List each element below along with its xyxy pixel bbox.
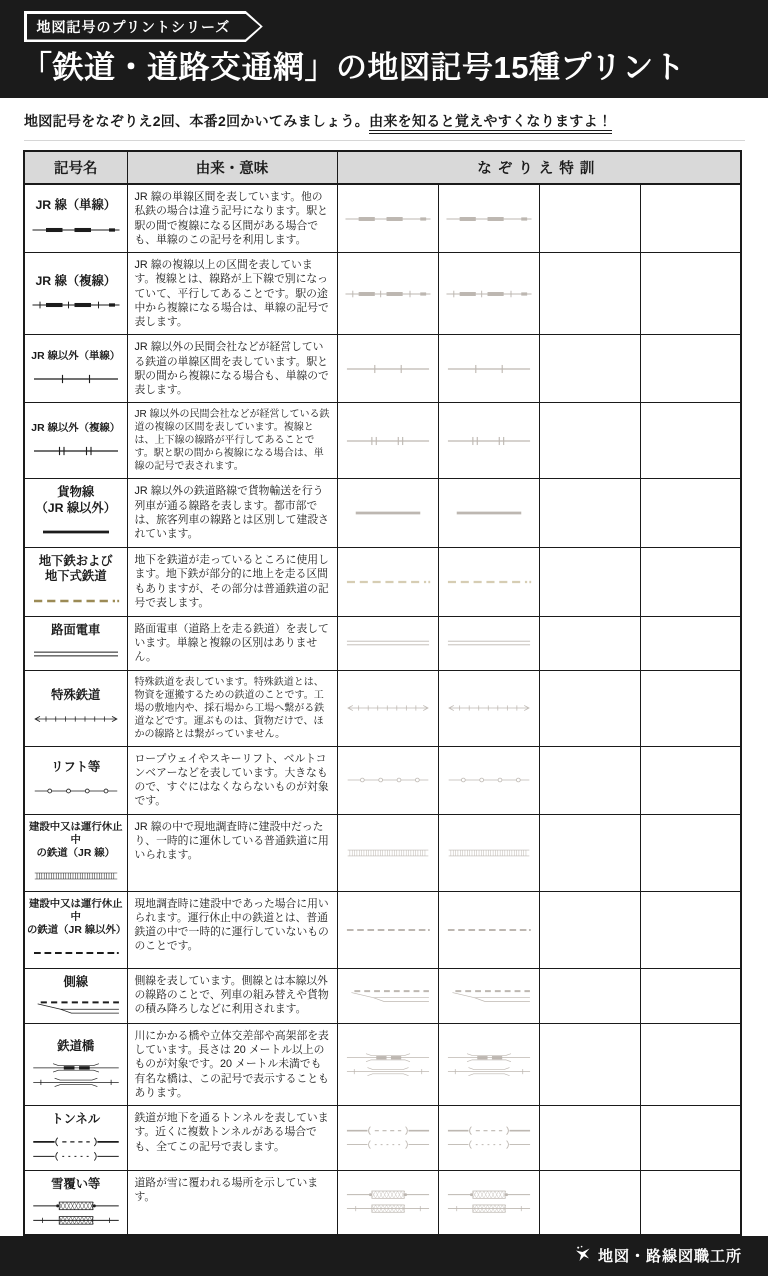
symbol-name: トンネル bbox=[27, 1112, 125, 1127]
practice-cell-blank bbox=[640, 253, 741, 335]
practice-cell-traced bbox=[438, 616, 539, 670]
table-row: リフト等ロープウェイやスキーリフト、ベルトコンベアーなどを表しています。大きなも… bbox=[24, 746, 741, 814]
practice-cell-traced bbox=[337, 670, 438, 746]
siding-trace-icon bbox=[340, 986, 436, 1005]
symbol-description: ロープウェイやスキーリフト、ベルトコンベアーなどを表しています。大きなもので、す… bbox=[127, 746, 337, 814]
practice-cell-traced bbox=[337, 253, 438, 335]
instruction-line: 地図記号をなぞりえ2回、本番2回かいてみましょう。由来を知ると覚えやすくなります… bbox=[24, 111, 745, 141]
table-row: 建設中又は運行休止中 の鉄道（JR 線以外）現地調査時に建設中であった場合に用い… bbox=[24, 891, 741, 968]
subway-trace-icon bbox=[340, 573, 436, 591]
symbol-name: JR 線以外（単線） bbox=[27, 350, 125, 363]
practice-cell-blank bbox=[539, 746, 640, 814]
table-row: トンネル鉄道が地下を通るトンネルを表しています。近くに複数トンネルがある場合でも… bbox=[24, 1106, 741, 1170]
practice-cell-traced bbox=[438, 335, 539, 403]
special-symbol-icon bbox=[27, 710, 125, 728]
symbol-description: JR 線の単線区間を表しています。他の私鉄の場合は違う記号になります。駅と駅の間… bbox=[127, 184, 337, 253]
private-double-trace-icon bbox=[340, 432, 436, 450]
practice-cell-traced bbox=[438, 253, 539, 335]
symbol-name: 鉄道橋 bbox=[27, 1039, 125, 1054]
table-row: JR 線（単線）JR 線の単線区間を表しています。他の私鉄の場合は違う記号になり… bbox=[24, 184, 741, 253]
practice-cell-blank bbox=[539, 814, 640, 891]
tunnel-symbol-icon bbox=[27, 1135, 125, 1164]
practice-cell-traced bbox=[438, 403, 539, 479]
practice-cell-traced bbox=[337, 616, 438, 670]
practice-cell-blank bbox=[539, 670, 640, 746]
snowshed-symbol-icon bbox=[27, 1199, 125, 1228]
brand-logo-icon bbox=[574, 1245, 591, 1267]
snowshed-trace-icon bbox=[441, 1188, 537, 1216]
symbol-name-cell: 鉄道橋 bbox=[24, 1023, 127, 1105]
practice-cell-blank bbox=[640, 1170, 741, 1235]
jr-double-symbol-icon bbox=[27, 296, 125, 314]
symbol-name-cell: 貨物線 （JR 線以外） bbox=[24, 479, 127, 548]
private-single-trace-icon bbox=[441, 360, 537, 378]
practice-cell-blank bbox=[539, 891, 640, 968]
footer-band: 地図・路線図職工所 bbox=[0, 1236, 768, 1276]
private-single-symbol-icon bbox=[27, 370, 125, 388]
practice-cell-traced bbox=[337, 184, 438, 253]
bridge-symbol-icon bbox=[27, 1061, 125, 1090]
practice-cell-traced bbox=[438, 814, 539, 891]
series-badge-label: 地図記号のプリントシリーズ bbox=[27, 14, 261, 40]
construction-private-trace-icon bbox=[340, 921, 436, 939]
tram-symbol-icon bbox=[27, 645, 125, 663]
header-band: 地図記号のプリントシリーズ 「鉄道・道路交通網」の地図記号15種プリント bbox=[0, 0, 768, 98]
construction-private-symbol-icon bbox=[27, 944, 125, 962]
symbol-name-cell: 側線 bbox=[24, 968, 127, 1023]
private-double-symbol-icon bbox=[27, 442, 125, 460]
freight-trace-icon bbox=[340, 504, 436, 522]
symbol-description: 川にかかる橋や立体交差部や高架部を表しています。長さは 20 メートル以上のもの… bbox=[127, 1023, 337, 1105]
symbol-description: JR 線の中で現地調査時に建設中だったり、一時的に運休している普通鉄道に用いられ… bbox=[127, 814, 337, 891]
symbol-description: 特殊鉄道を表しています。特殊鉄道とは、物資を運搬するための鉄道のことです。工場の… bbox=[127, 670, 337, 746]
practice-cell-blank bbox=[640, 335, 741, 403]
practice-cell-traced bbox=[438, 479, 539, 548]
practice-cell-traced bbox=[337, 335, 438, 403]
table-row: 貨物線 （JR 線以外）JR 線以外の鉄道路線で貨物輸送を行う列車が通る線路を表… bbox=[24, 479, 741, 548]
table-header-row: 記号名 由来・意味 なぞりえ特訓 bbox=[24, 151, 741, 184]
symbol-name-cell: JR 線以外（単線） bbox=[24, 335, 127, 403]
symbol-name-cell: 雪覆い等 bbox=[24, 1170, 127, 1235]
special-trace-icon bbox=[340, 699, 436, 717]
practice-cell-traced bbox=[337, 746, 438, 814]
practice-cell-traced bbox=[337, 479, 438, 548]
practice-cell-blank bbox=[640, 403, 741, 479]
symbol-name-cell: 路面電車 bbox=[24, 616, 127, 670]
symbol-description: JR 線の複線以上の区間を表しています。複線とは、線路が上下線で別になっていて、… bbox=[127, 253, 337, 335]
tram-trace-icon bbox=[441, 634, 537, 652]
construction-jr-symbol-icon bbox=[27, 867, 125, 885]
col-header-meaning: 由来・意味 bbox=[127, 151, 337, 184]
practice-cell-blank bbox=[539, 1106, 640, 1170]
practice-cell-traced bbox=[337, 1106, 438, 1170]
practice-cell-blank bbox=[640, 616, 741, 670]
jr-single-trace-icon bbox=[441, 210, 537, 228]
practice-cell-blank bbox=[640, 479, 741, 548]
symbol-description: 地下を鉄道が走っているところに使用します。地下鉄が部分的に地上を走る区間もありま… bbox=[127, 548, 337, 617]
jr-double-trace-icon bbox=[340, 285, 436, 303]
construction-jr-trace-icon bbox=[441, 844, 537, 862]
table-row: 地下鉄および 地下式鉄道地下を鉄道が走っているところに使用します。地下鉄が部分的… bbox=[24, 548, 741, 617]
symbol-name: リフト等 bbox=[27, 760, 125, 775]
table-row: 雪覆い等道路が雪に覆われる場所を示しています。 bbox=[24, 1170, 741, 1235]
symbol-name-cell: 特殊鉄道 bbox=[24, 670, 127, 746]
practice-cell-blank bbox=[539, 548, 640, 617]
lift-trace-icon bbox=[340, 771, 436, 789]
practice-cell-blank bbox=[640, 814, 741, 891]
practice-cell-blank bbox=[539, 253, 640, 335]
siding-trace-icon bbox=[441, 986, 537, 1005]
practice-cell-blank bbox=[539, 184, 640, 253]
practice-cell-blank bbox=[640, 968, 741, 1023]
series-badge: 地図記号のプリントシリーズ bbox=[24, 11, 263, 42]
practice-cell-traced bbox=[438, 968, 539, 1023]
practice-cell-blank bbox=[640, 1106, 741, 1170]
symbol-name-cell: JR 線以外（複線） bbox=[24, 403, 127, 479]
subway-trace-icon bbox=[441, 573, 537, 591]
instruction-plain: 地図記号をなぞりえ2回、本番2回かいてみましょう。 bbox=[24, 113, 369, 129]
jr-single-symbol-icon bbox=[27, 221, 125, 239]
symbol-name-cell: 建設中又は運行休止中 の鉄道（JR 線） bbox=[24, 814, 127, 891]
symbol-name: 貨物線 （JR 線以外） bbox=[27, 485, 125, 516]
symbol-name: JR 線（単線） bbox=[27, 198, 125, 213]
symbol-table-body: JR 線（単線）JR 線の単線区間を表しています。他の私鉄の場合は違う記号になり… bbox=[24, 184, 741, 1235]
symbol-description: JR 線以外の民間会社などが経営している鉄道の単線区間を表しています。駅と駅の間… bbox=[127, 335, 337, 403]
symbol-name: 側線 bbox=[27, 975, 125, 990]
symbol-name-cell: 地下鉄および 地下式鉄道 bbox=[24, 548, 127, 617]
practice-cell-blank bbox=[640, 184, 741, 253]
construction-private-trace-icon bbox=[441, 921, 537, 939]
lift-trace-icon bbox=[441, 771, 537, 789]
construction-jr-trace-icon bbox=[340, 844, 436, 862]
practice-cell-traced bbox=[337, 891, 438, 968]
symbol-name: 地下鉄および 地下式鉄道 bbox=[27, 554, 125, 585]
symbol-description: 側線を表しています。側線とは本線以外の線路のことで、列車の組み替えや貨物の積み降… bbox=[127, 968, 337, 1023]
symbol-name: 特殊鉄道 bbox=[27, 688, 125, 703]
practice-cell-traced bbox=[438, 1170, 539, 1235]
practice-cell-blank bbox=[640, 891, 741, 968]
practice-cell-blank bbox=[539, 968, 640, 1023]
special-trace-icon bbox=[441, 699, 537, 717]
practice-cell-traced bbox=[337, 1023, 438, 1105]
symbol-description: 路面電車（道路上を走る鉄道）を表しています。単線と複線の区別はありません。 bbox=[127, 616, 337, 670]
table-row: 側線側線を表しています。側線とは本線以外の線路のことで、列車の組み替えや貨物の積… bbox=[24, 968, 741, 1023]
col-header-practice: なぞりえ特訓 bbox=[337, 151, 741, 184]
instruction-underlined: 由来を知ると覚えやすくなりますよ！ bbox=[369, 113, 612, 134]
practice-cell-traced bbox=[337, 814, 438, 891]
symbol-table: 記号名 由来・意味 なぞりえ特訓 JR 線（単線）JR 線の単線区間を表していま… bbox=[23, 150, 742, 1236]
symbol-description: 鉄道が地下を通るトンネルを表しています。近くに複数トンネルがある場合でも、全てこ… bbox=[127, 1106, 337, 1170]
bridge-trace-icon bbox=[441, 1051, 537, 1079]
page-title: 「鉄道・道路交通網」の地図記号15種プリント bbox=[21, 51, 768, 85]
symbol-name: JR 線以外（複線） bbox=[27, 422, 125, 435]
private-single-trace-icon bbox=[340, 360, 436, 378]
practice-cell-traced bbox=[438, 548, 539, 617]
symbol-name-cell: JR 線（複線） bbox=[24, 253, 127, 335]
subway-symbol-icon bbox=[27, 592, 125, 610]
col-header-symbol-name: 記号名 bbox=[24, 151, 127, 184]
practice-cell-traced bbox=[438, 184, 539, 253]
practice-cell-blank bbox=[539, 1170, 640, 1235]
jr-single-trace-icon bbox=[340, 210, 436, 228]
snowshed-trace-icon bbox=[340, 1188, 436, 1216]
practice-cell-blank bbox=[539, 616, 640, 670]
symbol-description: 現地調査時に建設中であった場合に用いられます。運行休止中の鉄道とは、普通鉄道の中… bbox=[127, 891, 337, 968]
tunnel-trace-icon bbox=[441, 1124, 537, 1152]
practice-cell-traced bbox=[438, 746, 539, 814]
table-row: JR 線以外（単線）JR 線以外の民間会社などが経営している鉄道の単線区間を表し… bbox=[24, 335, 741, 403]
private-double-trace-icon bbox=[441, 432, 537, 450]
jr-double-trace-icon bbox=[441, 285, 537, 303]
symbol-name: JR 線（複線） bbox=[27, 274, 125, 289]
brand-name: 地図・路線図職工所 bbox=[598, 1245, 742, 1266]
symbol-name-cell: リフト等 bbox=[24, 746, 127, 814]
tram-trace-icon bbox=[340, 634, 436, 652]
practice-cell-traced bbox=[337, 403, 438, 479]
table-head: 記号名 由来・意味 なぞりえ特訓 bbox=[24, 151, 741, 184]
practice-cell-blank bbox=[539, 1023, 640, 1105]
symbol-name-cell: 建設中又は運行休止中 の鉄道（JR 線以外） bbox=[24, 891, 127, 968]
symbol-name-cell: トンネル bbox=[24, 1106, 127, 1170]
practice-cell-traced bbox=[337, 1170, 438, 1235]
siding-symbol-icon bbox=[27, 997, 125, 1017]
practice-cell-traced bbox=[337, 968, 438, 1023]
symbol-description: JR 線以外の民間会社などが経営している鉄道の複線の区間を表しています。複線とは… bbox=[127, 403, 337, 479]
table-row: 路面電車路面電車（道路上を走る鉄道）を表しています。単線と複線の区別はありません… bbox=[24, 616, 741, 670]
practice-cell-traced bbox=[438, 1106, 539, 1170]
practice-cell-blank bbox=[640, 1023, 741, 1105]
symbol-name-cell: JR 線（単線） bbox=[24, 184, 127, 253]
practice-cell-traced bbox=[438, 670, 539, 746]
practice-cell-blank bbox=[640, 670, 741, 746]
practice-cell-traced bbox=[438, 891, 539, 968]
practice-cell-blank bbox=[539, 335, 640, 403]
practice-cell-blank bbox=[539, 479, 640, 548]
symbol-name: 雪覆い等 bbox=[27, 1177, 125, 1192]
practice-cell-blank bbox=[640, 548, 741, 617]
table-row: JR 線（複線）JR 線の複線以上の区間を表しています。複線とは、線路が上下線で… bbox=[24, 253, 741, 335]
symbol-name: 建設中又は運行休止中 の鉄道（JR 線） bbox=[27, 821, 125, 860]
symbol-name: 建設中又は運行休止中 の鉄道（JR 線以外） bbox=[27, 898, 125, 937]
practice-cell-blank bbox=[539, 403, 640, 479]
worksheet-page: 地図記号のプリントシリーズ 「鉄道・道路交通網」の地図記号15種プリント 地図記… bbox=[0, 0, 768, 1276]
symbol-description: 道路が雪に覆われる場所を示しています。 bbox=[127, 1170, 337, 1235]
symbol-description: JR 線以外の鉄道路線で貨物輸送を行う列車が通る線路を表します。都市部では、旅客… bbox=[127, 479, 337, 548]
table-row: 特殊鉄道特殊鉄道を表しています。特殊鉄道とは、物資を運搬するための鉄道のことです… bbox=[24, 670, 741, 746]
symbol-name: 路面電車 bbox=[27, 623, 125, 638]
lift-symbol-icon bbox=[27, 782, 125, 800]
table-row: 鉄道橋川にかかる橋や立体交差部や高架部を表しています。長さは 20 メートル以上… bbox=[24, 1023, 741, 1105]
practice-cell-traced bbox=[337, 548, 438, 617]
tunnel-trace-icon bbox=[340, 1124, 436, 1152]
bridge-trace-icon bbox=[340, 1051, 436, 1079]
table-row: 建設中又は運行休止中 の鉄道（JR 線）JR 線の中で現地調査時に建設中だったり… bbox=[24, 814, 741, 891]
practice-cell-traced bbox=[438, 1023, 539, 1105]
freight-trace-icon bbox=[441, 504, 537, 522]
practice-cell-blank bbox=[640, 746, 741, 814]
freight-symbol-icon bbox=[27, 523, 125, 541]
table-row: JR 線以外（複線）JR 線以外の民間会社などが経営している鉄道の複線の区間を表… bbox=[24, 403, 741, 479]
